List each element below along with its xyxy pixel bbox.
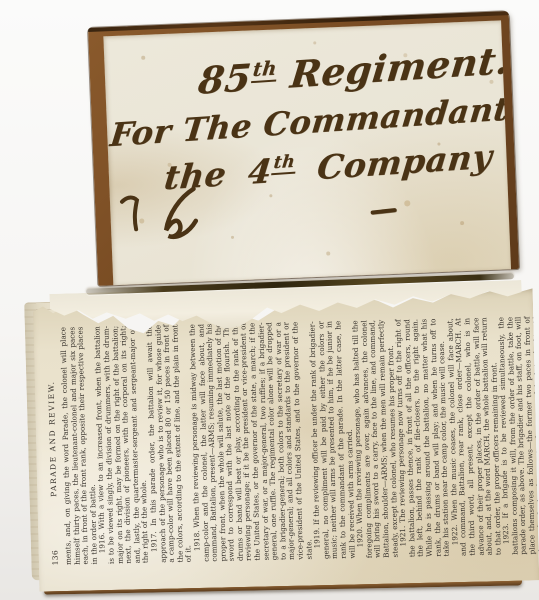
page-paragraph: 1916. With a view to an increased front,… xyxy=(94,325,151,564)
regiment-ordinal: th xyxy=(251,56,280,83)
foxing-spots xyxy=(103,36,105,38)
ink-flourish-mark xyxy=(118,193,146,240)
inscription-dash xyxy=(370,208,396,215)
printed-page-text: 136 PARADE AND REVIEW. ments, and, on gi… xyxy=(33,286,539,591)
ink-flourish-squiggle xyxy=(155,182,206,250)
page-paragraph: 1923. If a brigade is to be reviewed sim… xyxy=(498,314,539,555)
regiment-number: 85 xyxy=(196,55,253,103)
page-paragraph: 1922. When the music ceases, the colonel… xyxy=(446,317,503,556)
page-header: 136 PARADE AND REVIEW. xyxy=(45,327,59,565)
company-word: Company xyxy=(315,137,494,188)
regiment-word: Regiment. xyxy=(288,38,511,97)
page-paragraph: 1917. In this parade order, the battalio… xyxy=(145,324,193,563)
company-ordinal: th xyxy=(271,152,297,176)
page-number: 136 xyxy=(50,550,59,566)
company-number: 4 xyxy=(246,151,274,192)
page-paragraph: 1919. If the reviewing officer be under … xyxy=(309,320,357,559)
page-running-title: PARADE AND REVIEW. xyxy=(45,327,59,550)
book-cover-board: 85th Regiment. For The Commandant of the… xyxy=(88,11,519,286)
page-paragraph: 1921. The reviewing personage now turns … xyxy=(394,318,451,557)
torn-printed-page: 136 PARADE AND REVIEW. ments, and, on gi… xyxy=(33,286,539,591)
page-paragraph: 1920. When the reviewing personage, who … xyxy=(352,320,400,559)
photo-background: 136 PARADE AND REVIEW. ments, and, on gi… xyxy=(0,0,539,600)
endpaper: 85th Regiment. For The Commandant of the… xyxy=(103,20,511,285)
page-paragraph: 1918. When the reviewing personage is mi… xyxy=(188,321,314,562)
